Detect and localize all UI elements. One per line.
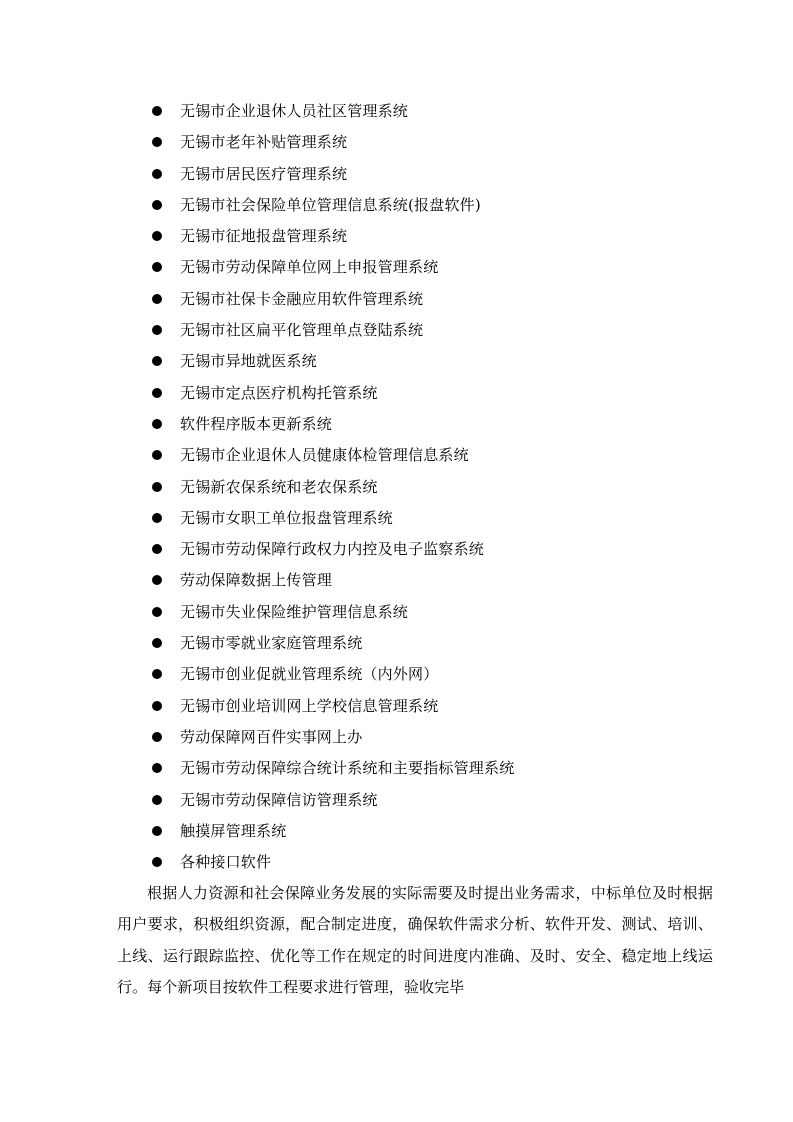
list-item-text: 劳动保障数据上传管理 [180, 567, 332, 593]
list-item-text: 无锡市女职工单位报盘管理系统 [180, 505, 393, 531]
bullet-icon [152, 388, 162, 398]
bullet-icon [152, 544, 162, 554]
bullet-icon [152, 231, 162, 241]
list-item-text: 无锡市征地报盘管理系统 [180, 223, 347, 249]
bullet-icon [152, 638, 162, 648]
bullet-icon [152, 795, 162, 805]
list-item-text: 触摸屏管理系统 [180, 818, 286, 844]
bullet-icon [152, 763, 162, 773]
bullet-icon [152, 607, 162, 617]
list-item-text: 无锡市企业退休人员健康体检管理信息系统 [180, 442, 469, 468]
list-item-text: 各种接口软件 [180, 849, 271, 875]
bullet-icon [152, 262, 162, 272]
bullet-icon [152, 325, 162, 335]
list-item-text: 无锡市劳动保障行政权力内控及电子监察系统 [180, 536, 484, 562]
list-item-text: 无锡市创业促就业管理系统（内外网） [180, 661, 438, 687]
list-item-text: 无锡市定点医疗机构托管系统 [180, 380, 378, 406]
list-item-text: 无锡市劳动保障单位网上申报管理系统 [180, 254, 438, 280]
bullet-icon [152, 732, 162, 742]
list-item-text: 无锡市失业保险维护管理信息系统 [180, 599, 408, 625]
list-item-text: 无锡市劳动保障信访管理系统 [180, 787, 378, 813]
bullet-icon [152, 513, 162, 523]
bullet-icon [152, 857, 162, 867]
list-item-text: 无锡新农保系统和老农保系统 [180, 474, 378, 500]
bullet-icon [152, 701, 162, 711]
list-item-text: 无锡市社会保险单位管理信息系统(报盘软件) [180, 192, 481, 218]
list-item-text: 无锡市社保卡金融应用软件管理系统 [180, 286, 423, 312]
list-item-text: 无锡市社区扁平化管理单点登陆系统 [180, 317, 423, 343]
bullet-icon [152, 482, 162, 492]
list-item-text: 无锡市居民医疗管理系统 [180, 161, 347, 187]
list-item-text: 无锡市创业培训网上学校信息管理系统 [180, 693, 438, 719]
list-item-text: 无锡市零就业家庭管理系统 [180, 630, 362, 656]
bullet-icon [152, 106, 162, 116]
bullet-icon [152, 169, 162, 179]
bullet-icon [152, 419, 162, 429]
bullet-icon [152, 575, 162, 585]
bullet-icon [152, 450, 162, 460]
bullet-icon [152, 669, 162, 679]
document-page: 无锡市企业退休人员社区管理系统 无锡市老年补贴管理系统 无锡市居民医疗管理系统 … [0, 0, 793, 1122]
list-item-text: 无锡市老年补贴管理系统 [180, 129, 347, 155]
bullet-icon [152, 137, 162, 147]
list-item-text: 无锡市劳动保障综合统计系统和主要指标管理系统 [180, 755, 514, 781]
list-item-text: 无锡市企业退休人员社区管理系统 [180, 98, 408, 124]
bullet-icon [152, 356, 162, 366]
list-item-text: 软件程序版本更新系统 [180, 411, 332, 437]
bullet-icon [152, 826, 162, 836]
list-item-text: 劳动保障网百件实事网上办 [180, 724, 362, 750]
bullet-icon [152, 294, 162, 304]
body-paragraph: 根据人力资源和社会保障业务发展的实际需要及时提出业务需求，中标单位及时根据用户要… [117, 878, 713, 1003]
bullet-icon [152, 200, 162, 210]
list-item-text: 无锡市异地就医系统 [180, 348, 317, 374]
